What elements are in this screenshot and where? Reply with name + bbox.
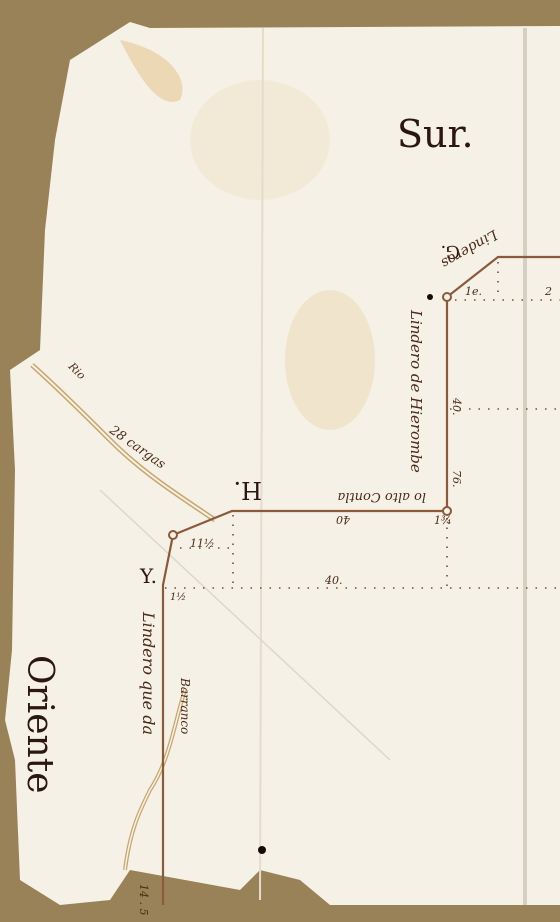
label-bottom-numbers: 14 . 5: [137, 884, 150, 916]
label-y-inner: 11½: [190, 537, 215, 550]
label-east-boundary: Lindero de Hierombe: [407, 310, 425, 473]
label-g-dotted-right: 2: [545, 285, 552, 298]
manuscript-map: [0, 0, 560, 922]
compass-label-oriente: Oriente: [19, 655, 60, 794]
label-y-small: 1½: [170, 592, 186, 603]
point-label-h: H.: [233, 476, 262, 504]
label-river: Barranco: [178, 678, 192, 734]
label-h-distance: 40: [336, 513, 350, 526]
label-east-distance-1: 40.: [450, 398, 463, 416]
label-corner-small: 1¾: [434, 514, 452, 527]
label-dotted-distance: 40.: [325, 574, 343, 587]
label-east-distance-2: 76.: [450, 470, 463, 488]
compass-label-sur: Sur.: [397, 112, 474, 156]
survey-point-west: [169, 531, 177, 539]
label-g-dotted-left: 1e.: [465, 285, 482, 298]
point-label-y: Y.: [140, 564, 157, 588]
label-h-segment: lo alto Contla: [338, 489, 427, 504]
survey-point-g: [443, 293, 451, 301]
label-west-boundary: Lindero que da: [139, 612, 158, 735]
